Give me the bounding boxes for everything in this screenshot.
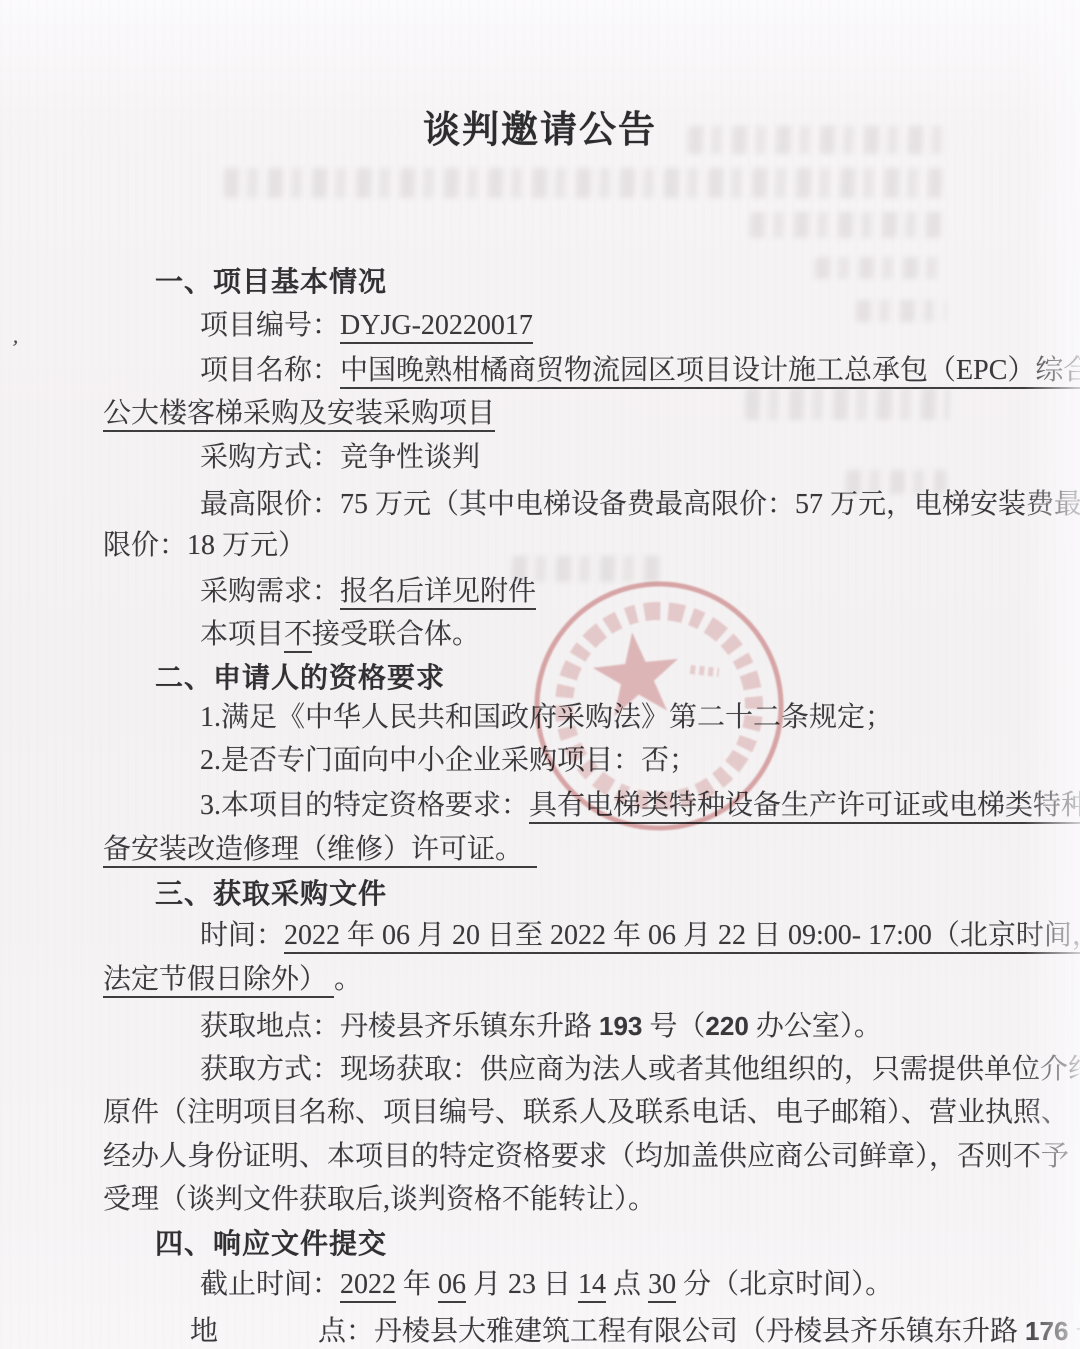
text-line: 采购方式：竞争性谈判 — [200, 440, 480, 476]
text-segment: 3.本项目的特定资格要求： — [200, 790, 529, 821]
text-segment: 受理（谈判文件获取后,谈判资格不能转让）。 — [103, 1184, 656, 1215]
text-segment: 采购方式：竞争性谈判 — [200, 442, 480, 473]
bleed-through-smudge — [688, 126, 947, 154]
text-line: 备安装改造修理（维修）许可证。 — [103, 832, 537, 868]
underlined-text: 法定节假日除外） — [103, 964, 334, 998]
bleed-through-smudge — [815, 257, 944, 279]
underlined-text: 06 — [438, 1269, 466, 1303]
text-line: 时间：2022 年 06 月 20 日至 2022 年 06 月 22 日 09… — [200, 918, 1080, 954]
text-segment: 项目名称： — [200, 355, 340, 386]
text-line: 本项目不接受联合体。 — [200, 617, 480, 653]
star-icon — [590, 628, 684, 718]
text-segment: 项目编号： — [200, 310, 340, 341]
text-line: 地点：丹棱县大雅建筑工程有限公司（丹棱县齐乐镇东升路 176 号）。 — [190, 1313, 1080, 1349]
text-segment: 。 — [334, 964, 362, 995]
text-segment: 本项目 — [200, 619, 284, 650]
text-line: 截止时间：2022 年 06 月 23 日 14 点 30 分（北京时间）。 — [200, 1267, 893, 1303]
bleed-through-smudge — [223, 168, 942, 198]
text-segment: 号（ — [642, 1011, 705, 1042]
text-line: 限价：18 万元） — [103, 528, 306, 564]
underlined-text: 中国晚熟柑橘商贸物流园区项目设计施工总承包（EPC）综合办 — [340, 355, 1080, 389]
section-heading: 一、项目基本情况 — [155, 264, 387, 300]
underlined-text: 不 — [284, 619, 312, 653]
text-segment: 获取方式：现场获取：供应商为法人或者其他组织的，只需提供单位介绍信 — [200, 1054, 1080, 1085]
red-company-seal — [513, 559, 806, 853]
text-line: 项目编号：DYJG-20220017 — [200, 308, 533, 344]
text-segment: 分（北京时间）。 — [676, 1269, 893, 1300]
text-segment: 地 — [190, 1316, 218, 1347]
text-segment: 193 — [599, 1011, 642, 1041]
text-line: 获取方式：现场获取：供应商为法人或者其他组织的，只需提供单位介绍信 — [200, 1052, 1080, 1088]
spacer — [218, 1339, 318, 1340]
bleed-through-smudge — [846, 470, 947, 494]
text-segment: 接受联合体。 — [312, 619, 480, 650]
underlined-text: 2022 年 06 月 20 日至 2022 年 06 月 22 日 09:00… — [284, 920, 1080, 954]
scanned-document-page: 谈判邀请公告 ’ 一、项目基本情况项目编号：DYJG-20220017项目名称：… — [0, 0, 1080, 1349]
text-segment: 二、申请人的资格要求 — [155, 662, 445, 693]
section-heading: 二、申请人的资格要求 — [155, 660, 445, 696]
text-line: 受理（谈判文件获取后,谈判资格不能转让）。 — [103, 1182, 656, 1218]
underlined-text: 2022 — [340, 1269, 396, 1303]
section-heading: 三、获取采购文件 — [155, 876, 387, 912]
seal-code-mark — [690, 667, 718, 676]
text-line: 采购需求：报名后详见附件 — [200, 574, 536, 610]
underlined-text: 备安装改造修理（维修）许可证。 — [103, 834, 537, 868]
text-line: 原件（注明项目名称、项目编号、联系人及联系电话、电子邮箱）、营业执照、 — [103, 1095, 1069, 1131]
text-segment: 一、项目基本情况 — [155, 266, 387, 297]
bleed-through-smudge — [744, 388, 950, 420]
text-line: 法定节假日除外） 。 — [103, 962, 362, 998]
text-segment: 四、响应文件提交 — [155, 1228, 387, 1259]
text-segment: 限价：18 万元） — [103, 530, 306, 561]
text-segment: 截止时间： — [200, 1269, 340, 1300]
text-segment: 年 — [396, 1269, 438, 1300]
bleed-through-smudge — [750, 212, 949, 238]
text-segment: 三、获取采购文件 — [155, 878, 387, 909]
text-line: 公大楼客梯采购及安装采购项目 — [103, 396, 495, 432]
text-line: 经办人身份证明、本项目的特定资格要求（均加盖供应商公司鲜章），否则不予 — [103, 1139, 1069, 1175]
underlined-text: DYJG-20220017 — [340, 310, 533, 344]
text-segment: 经办人身份证明、本项目的特定资格要求（均加盖供应商公司鲜章），否则不予 — [103, 1141, 1069, 1172]
text-line: 获取地点：丹棱县齐乐镇东升路 193 号（220 办公室）。 — [200, 1008, 882, 1045]
underlined-text: 14 — [578, 1269, 606, 1303]
text-segment: 采购需求： — [200, 576, 340, 607]
text-segment: 点 — [606, 1269, 648, 1300]
text-segment: 最高限价：75 万元（其中电梯设备费最高限价：57 万元，电梯安装费最高 — [200, 489, 1080, 520]
text-segment: 办公室）。 — [749, 1011, 882, 1042]
underlined-text: 公大楼客梯采购及安装采购项目 — [103, 398, 495, 432]
text-line: 项目名称：中国晚熟柑橘商贸物流园区项目设计施工总承包（EPC）综合办 — [200, 353, 1080, 389]
text-segment: 获取地点：丹棱县齐乐镇东升路 — [200, 1011, 599, 1042]
text-segment: 点：丹棱县大雅建筑工程有限公司（丹棱县齐乐镇东升路 — [318, 1316, 1025, 1347]
scan-edge-highlight — [1024, 0, 1080, 1349]
text-line: 最高限价：75 万元（其中电梯设备费最高限价：57 万元，电梯安装费最高 — [200, 487, 1080, 523]
text-segment: 时间： — [200, 920, 284, 951]
text-segment: 月 23 日 — [466, 1269, 578, 1300]
bleed-through-smudge — [856, 300, 947, 322]
text-segment: 原件（注明项目名称、项目编号、联系人及联系电话、电子邮箱）、营业执照、 — [103, 1097, 1069, 1128]
stray-mark: ’ — [9, 330, 21, 367]
underlined-text: 30 — [648, 1269, 676, 1303]
text-segment: 220 — [705, 1011, 748, 1041]
section-heading: 四、响应文件提交 — [155, 1226, 387, 1262]
underlined-text: 报名后详见附件 — [340, 576, 536, 610]
